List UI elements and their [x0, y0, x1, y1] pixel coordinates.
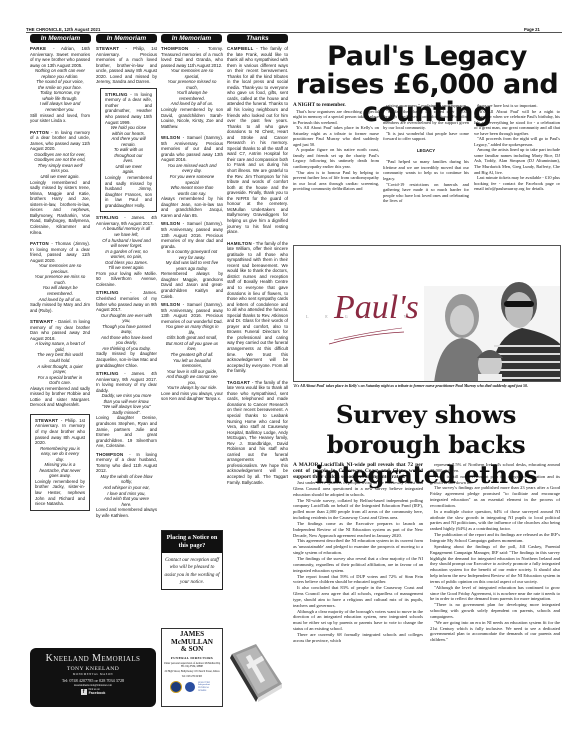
paragraph: 'It's All About Paul' takes place in Kel…: [293, 125, 379, 147]
notice-wilson-3: WILSON - Samuel (Sammy). 5th Anniversary…: [161, 302, 223, 402]
verse-line: You are missed each and every day.: [161, 163, 223, 174]
verse-line: Though you have passed away,: [96, 324, 157, 335]
verse-line: But most of all you gave us love,: [161, 341, 223, 352]
verse-line: Daddy, we miss you more than you will ev…: [96, 393, 157, 404]
verse-line: And those who have loved you dearly,: [96, 335, 157, 346]
paragraph: The survey's findings are published more…: [430, 485, 560, 508]
paragraph: Although a clear majority of the borough…: [293, 609, 423, 632]
facebook-label: Facebook: [89, 691, 106, 695]
notice-text: - The family of the late Vera would like…: [227, 380, 288, 485]
memoriam-column-2: STEWART - Philip, 1st Anniversary. Preci…: [96, 46, 157, 518]
story1-column-c: those we have lost is so important. "'It…: [474, 103, 560, 192]
paragraph: Last minute tickets may be available - £…: [474, 175, 560, 192]
verse-line: Your presence we miss so much.: [30, 274, 90, 285]
notice-closing: Always remembered and sadly missed by br…: [30, 386, 90, 408]
notice-name: STEWART: [96, 46, 119, 51]
verse-line: They simply mean we'll miss you.: [30, 163, 90, 174]
verse-line: Today, tomorrow, my whole life through.: [30, 90, 90, 101]
notice-name: CAMPBELL: [227, 46, 254, 51]
verse-line: To walk with us throughout our lives.: [105, 147, 152, 164]
nafd-crest-icon: [170, 681, 182, 693]
paragraph: "There is no government plan for develop…: [430, 602, 560, 620]
thanks-taggart: TAGGART - The family of the late Vera wo…: [227, 380, 288, 485]
ad-supervision: Under personal supervision of Andrew McM…: [162, 662, 222, 668]
paragraph: "Paul helped so many families during his…: [383, 159, 469, 181]
verse-line: And though we cannot see you,: [161, 374, 223, 385]
verse-line: May the winds of love blow softly,: [96, 474, 157, 485]
notice-text: - The family of the late Frank, would li…: [227, 46, 288, 234]
verse-line: And wish that you were here.: [96, 496, 157, 507]
notice-text: - The family of the late William, offer …: [227, 241, 288, 374]
memoriam-column-3: THOMPSON - Tommy. Treasured memories of …: [161, 46, 223, 402]
verse-line: A silent thought, a quiet prayer,: [30, 364, 90, 375]
verse-line: "We will always love you" Sadly missed".: [96, 404, 157, 415]
notice-stewart-philip-boxed: STEWART - Philip. 1st Anniversary. In me…: [30, 414, 90, 511]
thanks-campbell: CAMPBELL - The family of the late Frank,…: [227, 46, 288, 235]
ad-title-line2: & SON: [162, 646, 222, 654]
verse-line: A loving nature, a heart of gold,: [30, 341, 90, 352]
photo-illustration: Paul's L E G A C Y: [294, 246, 561, 382]
paragraph: It also concluded that 83% of people in …: [293, 585, 423, 608]
verse-line: You'll always be remembered.: [161, 90, 223, 101]
pauls-legacy-photo: Paul's L E G A C Y: [293, 245, 561, 382]
notice-name: PARKE: [30, 46, 46, 51]
paragraph: There are currently 68 formally integrat…: [293, 632, 423, 644]
placing-notice-heading: Placing a Notice on this page?: [162, 531, 222, 553]
notice-stewart-philip: STEWART - Philip, 1st Anniversary. Preci…: [96, 46, 157, 85]
verse-line: Who meant more than words can say.: [161, 185, 223, 196]
verse-line: And whisper in your ear,: [96, 485, 157, 491]
ad-title-line1: JAMES McMULLAN: [162, 631, 222, 646]
notice-stirling-james-2: STIRLING - James. Cherished memories of …: [96, 290, 157, 368]
section-tab-thanks: Thanks: [227, 34, 288, 43]
bible-cross-icon: [226, 640, 288, 702]
notice-closing: Lovingly remembered and sadly missed by …: [105, 175, 152, 208]
facebook-icon: f: [81, 689, 87, 695]
verse-line: Remembering you is easy, we do it every …: [35, 446, 85, 463]
paragraph: This agreement described the NI educatio…: [293, 538, 423, 556]
notice-name: WILSON: [161, 135, 180, 140]
notice-closing: From your loving wife Mollie. 50 Silvert…: [96, 271, 157, 288]
notice-wilson-1: WILSON - Samuel (Sammy). 5th Anniversary…: [161, 135, 223, 218]
story1-column-b: raising awareness," explained a spokespe…: [383, 103, 469, 204]
verse-line: We hold you close within our hearts.: [105, 125, 152, 136]
subheading-legacy: LEGACY: [383, 148, 469, 154]
placing-notice-box: Placing a Notice on this page? Contact o…: [161, 530, 223, 590]
verse-line: For you were someone special: [161, 174, 223, 185]
ad-email: kneelandmemorials@btinternet.com: [30, 684, 156, 687]
ad-telephone: Tel: 028 276 62365: [162, 675, 222, 678]
selected-homes-text: SELECTED Independent FUNERAL HOMES: [198, 682, 214, 693]
notice-name: STIRLING: [105, 92, 128, 97]
notice-name: THOMPSON: [96, 452, 124, 457]
notice-patton-james: PATTON - In loving memory of a dear brot…: [30, 130, 90, 235]
header-divider: [26, 32, 562, 33]
verse-line: You left us beautiful memories,: [161, 358, 223, 369]
verse-line: In a country graveyard not very far away…: [161, 249, 223, 260]
notice-name: TAGGART: [227, 380, 250, 385]
notice-name: WILSON: [161, 221, 180, 226]
paragraph: There is still no government plan for in…: [430, 474, 560, 486]
paragraph: Among the artists lined up to take part …: [474, 147, 560, 175]
paragraph: In a multiple choice question, 64% of th…: [430, 509, 560, 532]
notice-parke: PARKE - Adrian, 16th Anniversary. Sweet …: [30, 46, 90, 124]
notice-name: STEWART: [35, 418, 58, 423]
paragraph: A popular figure on his native north coa…: [293, 147, 379, 169]
story1-column-a: A NIGHT to remember. That's how organise…: [293, 103, 379, 192]
ad-name: TONY KNEELAND: [30, 666, 156, 672]
notice-name: STIRLING: [96, 371, 119, 376]
paragraph: That's how organisers are describing a s…: [293, 109, 379, 126]
notice-closing: Loving daughter Denise, grandsons Stephe…: [96, 415, 157, 448]
paragraph: "It is just wonderful that people have c…: [383, 131, 469, 142]
selected-homes-icon: [185, 682, 195, 692]
verse-line: And there you will remain.: [105, 136, 152, 147]
verse-line: Missing you is a heartache, that never g…: [35, 462, 85, 479]
paragraph: The report found that 59% of DUP voters …: [293, 574, 423, 586]
verse-line: Of a husband I loved and will never forg…: [96, 238, 157, 249]
notice-stewart-daniel: STEWART - Daniel. In loving memory of my…: [30, 319, 90, 408]
notice-stirling-james-3: STIRLING - James. 4th Anniversary, 9th A…: [96, 371, 157, 449]
paragraph: "So far, the charity has raised over £6,…: [383, 109, 469, 131]
notice-closing: Remembered always by daughter Maggie, gr…: [161, 271, 223, 299]
paragraph: "'It's All About Paul' will be a night t…: [474, 109, 560, 137]
pauls-logo-text: Paul's: [333, 289, 419, 326]
notice-closing: Always remembered by his daughter Jean, …: [161, 196, 223, 218]
verse-line: You gave us many things in life,: [161, 324, 223, 335]
verse-line: Your memories are so precious.: [30, 263, 90, 274]
notice-closing: Lovingly remembered and sadly missed by …: [30, 180, 90, 235]
paragraph: "Our aim is to honour Paul by helping to…: [293, 170, 379, 192]
paragraph: "All proceeds from the night will go to …: [474, 136, 560, 147]
notice-patton-thomas: PATTON - Thomas (Jimmy). In loving memor…: [30, 241, 90, 313]
thanks-column: CAMPBELL - The family of the late Frank,…: [227, 46, 288, 485]
photo-caption: 'It's All About Paul' takes place in Kel…: [293, 384, 561, 388]
verse-line: You're always by our side.: [161, 385, 223, 391]
notice-closing: Love and miss you always, your son Ken a…: [161, 391, 223, 402]
notice-name: HAMILTON: [227, 241, 252, 246]
notice-name: STIRLING: [96, 290, 119, 295]
notice-wilson-2: WILSON - Samuel (Sammy). 5th Anniversary…: [161, 221, 223, 299]
verse-line: Nothing on earth can ever replace you Ad…: [30, 68, 90, 79]
ad-subtitle: FUNERAL DIRECTORS: [162, 656, 222, 660]
james-mcmullan-ad: JAMES McMULLAN & SON FUNERAL DIRECTORS U…: [161, 628, 223, 707]
memoriam-column-1: PARKE - Adrian, 16th Anniversary. Sweet …: [30, 46, 90, 511]
verse-line: Your memories are so special,: [161, 68, 223, 79]
notice-name: PATTON: [30, 241, 49, 246]
thanks-hamilton: HAMILTON - The family of the late Willia…: [227, 241, 288, 374]
paragraph: The findings come as the Executive prepa…: [293, 521, 423, 539]
verse-line: In a garden of rest, no worries, no pain…: [96, 249, 157, 260]
notice-closing: Lovingly remembered by son David, grandc…: [161, 107, 223, 129]
paragraph: The NI-wide survey, collated by Belfast-…: [293, 498, 423, 521]
paragraph: Speaking about the findings of the poll,…: [430, 544, 560, 585]
paragraph: "Although the level of integrated educat…: [430, 585, 560, 603]
notice-closing: Lovingly remembered by brother Jacky, si…: [35, 479, 85, 507]
notice-closing: Still missed and loved, from your sister…: [30, 113, 90, 124]
notice-name: PATTON: [30, 130, 49, 135]
notice-text: - Philip, 1st Anniversary. Precious memo…: [96, 46, 157, 84]
notice-text: - In loving memory of a dear wife, mothe…: [105, 92, 152, 125]
verse-line: A beautiful memory is all we have left,: [96, 226, 157, 237]
verse-line: I will always love and remember you.: [30, 101, 90, 112]
notice-name: WILSON: [161, 302, 180, 307]
ad-telephone: Tel: 0748 4207785 or 028 7034 3728: [30, 678, 156, 683]
verse-line: Our thoughts are ever with you,: [96, 313, 157, 324]
paragraph: "We are going into an era in NI needs an…: [430, 620, 560, 643]
story2-column-b: represent 7.5% of Northern Ireland's sch…: [430, 462, 560, 643]
verse-line: Your presence missed so much,: [161, 79, 223, 90]
paragraph: Just under three-quarters of people livi…: [293, 480, 423, 498]
ad-role: MONUMENTAL MASON: [30, 673, 156, 676]
ad-address: 22 High Street, Ballymoney 18 Church Str…: [162, 670, 222, 673]
notice-name: THOMPSON: [161, 46, 189, 51]
facebook-badge: f Find us onFacebook: [30, 689, 156, 696]
notice-name: STIRLING: [96, 215, 119, 220]
notice-thompson-tommy: THOMPSON - Tommy. Treasured memories of …: [161, 46, 223, 129]
notice-name: STEWART: [30, 319, 53, 324]
verse-line: For a special brother in God's care.: [30, 375, 90, 386]
ad-title: Kneeland Memorials: [30, 653, 156, 664]
section-tab-in-memoriam-3: In Memoriam: [161, 34, 222, 43]
verse-line: The sound of your voice, the smile on yo…: [30, 79, 90, 90]
notice-closing: Loved and remembered always by wife Kath…: [96, 507, 157, 518]
placing-notice-body: Contact our reception staff who will be …: [162, 553, 222, 589]
verse-line: The very best this world could hold.: [30, 352, 90, 363]
paragraph: raising awareness," explained a spokespe…: [383, 103, 469, 109]
paragraph: The findings of the survey also reveal t…: [293, 556, 423, 574]
paragraph: represent 7.5% of Northern Ireland's sch…: [430, 462, 560, 474]
verse-line: My dad was laid to rest five years ago t…: [161, 260, 223, 271]
paragraph: The publication of the report and its fi…: [430, 532, 560, 544]
notice-stirling-james-1: STIRLING - James. 4th Anniversary, 9th A…: [96, 215, 157, 287]
notice-closing: Sadly missed by Mary and Jim and (Ruby).: [30, 302, 90, 313]
paragraph: "Covid-19 restrictions on funerals and g…: [383, 182, 469, 204]
verse-line: Until we meet again.: [105, 164, 152, 175]
section-tab-in-memoriam-1: In Memoriam: [30, 34, 91, 43]
story2-column-a: A MAJOR LucidTalk NI-wide poll reveals t…: [293, 462, 423, 644]
notice-thompson-husband: THOMPSON - In loving memory of a dear hu…: [96, 452, 157, 519]
legacy-logo-text: L E G A C Y: [306, 314, 414, 319]
verse-line: You will always be remembered.: [30, 285, 90, 296]
kneeland-memorials-ad: Kneeland Memorials TONY KNEELAND MONUMEN…: [30, 648, 156, 707]
notice-stirling-heather-boxed: STIRLING - In loving memory of a dear wi…: [100, 88, 157, 212]
notice-closing: Sadly missed by daughter Jacqueline, son…: [96, 351, 157, 368]
section-tab-in-memoriam-2: In Memoriam: [96, 34, 157, 43]
story-lead: A MAJOR LucidTalk NI-wide poll reveals t…: [293, 462, 423, 480]
